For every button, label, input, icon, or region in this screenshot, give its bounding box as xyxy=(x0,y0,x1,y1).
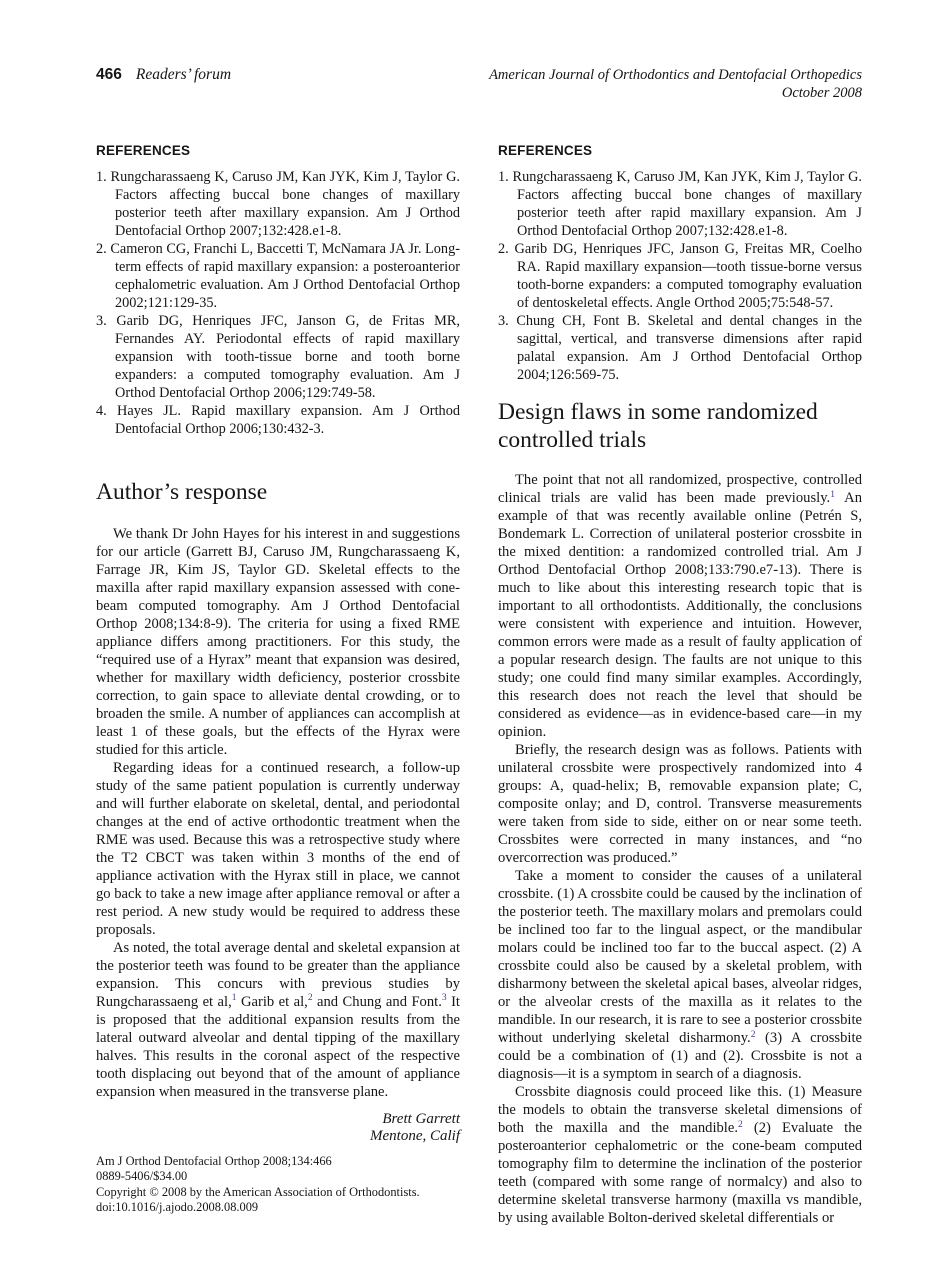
reference-number: 1. xyxy=(498,169,509,185)
paragraph: Crossbite diagnosis could proceed like t… xyxy=(498,1083,862,1227)
citation-superscript[interactable]: 1 xyxy=(830,490,835,500)
reference-number: 2. xyxy=(498,241,509,257)
running-head-right: American Journal of Orthodontics and Den… xyxy=(489,66,862,102)
reference-item: 3. Garib DG, Henriques JFC, Janson G, de… xyxy=(96,312,460,402)
reference-item: 4. Hayes JL. Rapid maxillary expansion. … xyxy=(96,402,460,438)
left-column: REFERENCES 1. Rungcharassaeng K, Caruso … xyxy=(96,143,460,1227)
page-header: 466 Readers’ forum American Journal of O… xyxy=(96,66,862,102)
reference-number: 3. xyxy=(498,313,509,329)
text-line: Brett Garrett xyxy=(96,1111,460,1129)
author-signature: Brett GarrettMentone, Calif xyxy=(96,1111,460,1146)
journal-page: 466 Readers’ forum American Journal of O… xyxy=(0,0,950,1272)
text-line: Am J Orthod Dentofacial Orthop 2008;134:… xyxy=(96,1154,460,1170)
citation-superscript[interactable]: 2 xyxy=(738,1120,743,1130)
paragraph: We thank Dr John Hayes for his interest … xyxy=(96,525,460,759)
right-column: REFERENCES 1. Rungcharassaeng K, Caruso … xyxy=(498,143,862,1227)
text-line: Copyright © 2008 by the American Associa… xyxy=(96,1185,460,1201)
reference-number: 3. xyxy=(96,313,107,329)
two-column-layout: REFERENCES 1. Rungcharassaeng K, Caruso … xyxy=(96,143,862,1227)
article-title-authors-response: Author’s response xyxy=(96,479,460,507)
paragraph: Briefly, the research design was as foll… xyxy=(498,741,862,867)
paragraph: As noted, the total average dental and s… xyxy=(96,939,460,1101)
citation-superscript[interactable]: 3 xyxy=(442,993,447,1003)
reference-number: 4. xyxy=(96,403,107,419)
journal-name: American Journal of Orthodontics and Den… xyxy=(489,66,862,84)
reference-item: 3. Chung CH, Font B. Skeletal and dental… xyxy=(498,312,862,384)
article-title-design-flaws: Design flaws in some randomized controll… xyxy=(498,399,862,454)
section-title: Readers’ forum xyxy=(136,66,231,83)
article-body-right: The point that not all randomized, prosp… xyxy=(498,471,862,1227)
article-footer-info: Am J Orthod Dentofacial Orthop 2008;134:… xyxy=(96,1154,460,1216)
reference-item: 2. Garib DG, Henriques JFC, Janson G, Fr… xyxy=(498,240,862,312)
page-number: 466 xyxy=(96,66,122,83)
issue-date: October 2008 xyxy=(489,84,862,102)
reference-item: 2. Cameron CG, Franchi L, Baccetti T, Mc… xyxy=(96,240,460,312)
article-body-left: We thank Dr John Hayes for his interest … xyxy=(96,525,460,1101)
reference-number: 1. xyxy=(96,169,107,185)
text-line: Mentone, Calif xyxy=(96,1128,460,1146)
citation-superscript[interactable]: 1 xyxy=(232,993,237,1003)
paragraph: Regarding ideas for a continued research… xyxy=(96,759,460,939)
citation-superscript[interactable]: 2 xyxy=(751,1030,756,1040)
text-line: 0889-5406/$34.00 xyxy=(96,1169,460,1185)
citation-superscript[interactable]: 2 xyxy=(308,993,313,1003)
reference-item: 1. Rungcharassaeng K, Caruso JM, Kan JYK… xyxy=(96,168,460,240)
paragraph: Take a moment to consider the causes of … xyxy=(498,867,862,1083)
references-heading-left: REFERENCES xyxy=(96,143,460,158)
text-line: doi:10.1016/j.ajodo.2008.08.009 xyxy=(96,1200,460,1216)
reference-item: 1. Rungcharassaeng K, Caruso JM, Kan JYK… xyxy=(498,168,862,240)
paragraph: The point that not all randomized, prosp… xyxy=(498,471,862,741)
reference-number: 2. xyxy=(96,241,107,257)
running-head-left: 466 Readers’ forum xyxy=(96,66,231,84)
references-list-right: 1. Rungcharassaeng K, Caruso JM, Kan JYK… xyxy=(498,168,862,384)
references-heading-right: REFERENCES xyxy=(498,143,862,158)
references-list-left: 1. Rungcharassaeng K, Caruso JM, Kan JYK… xyxy=(96,168,460,438)
